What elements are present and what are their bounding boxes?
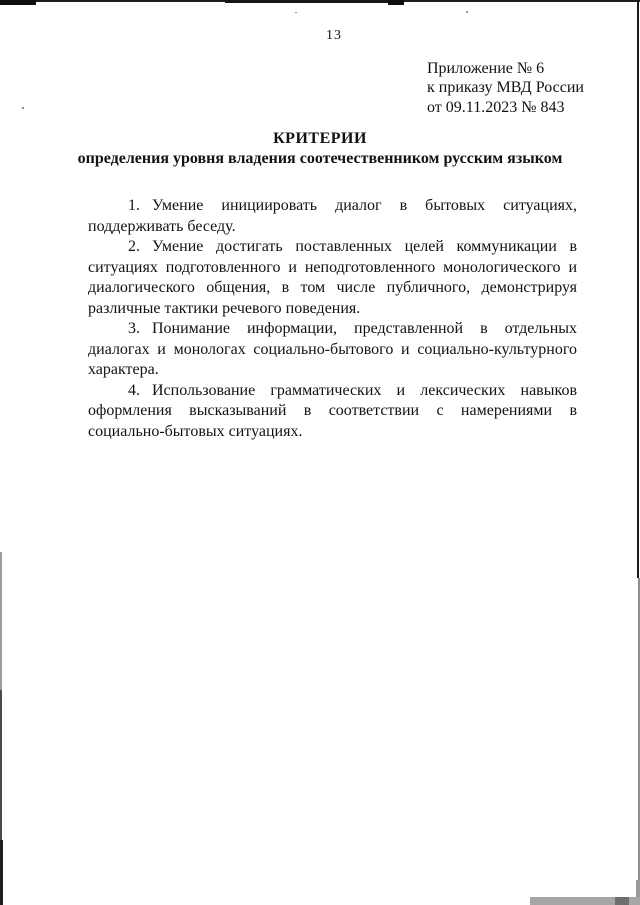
title-block: КРИТЕРИИ определения уровня владения соо… [0,129,640,168]
item-2-text: Умение достигать поставленных целей комм… [88,238,577,317]
appendix-line-3: от 09.11.2023 № 843 [427,98,584,117]
scan-artifact-top-edge-segment [388,0,404,5]
scan-artifact-bottom-right-dark [615,897,629,905]
scan-artifact-bottom-right-bar [530,897,640,905]
item-1-text: Умение инициировать диалог в бытовых сит… [88,197,577,235]
scan-artifact-top-edge-segment [0,0,36,5]
item-3-text: Понимание информации, представленной в о… [88,320,577,378]
document-page: 13 Приложение № 6 к приказу МВД России о… [0,0,640,905]
criteria-list: 1.Умение инициировать диалог в бытовых с… [88,196,577,442]
list-item-2: 2.Умение достигать поставленных целей ко… [88,237,577,319]
appendix-line-2: к приказу МВД России [427,78,584,97]
scan-artifact-top-edge-segment [225,0,403,3]
scan-artifact-left-edge [0,552,2,905]
list-item-3: 3.Понимание информации, представленной в… [88,319,577,381]
scan-artifact-left-edge-darker [0,840,3,905]
item-4-text: Использование грамматических и лексическ… [88,382,577,440]
scan-artifact-right-edge [637,0,639,578]
document-subtitle: определения уровня владения соотечествен… [0,149,640,169]
list-item-1: 1.Умение инициировать диалог в бытовых с… [88,196,577,237]
scan-artifact-top-edge [0,0,640,2]
item-3-number: 3. [128,320,140,337]
scan-speck [295,12,297,13]
list-item-4: 4.Использование грамматических и лексиче… [88,381,577,443]
page-number: 13 [326,28,342,44]
document-title: КРИТЕРИИ [0,129,640,149]
appendix-block: Приложение № 6 к приказу МВД России от 0… [427,59,584,117]
scan-artifact-right-edge-bottom [636,880,640,905]
appendix-line-1: Приложение № 6 [427,59,584,78]
item-2-number: 2. [128,238,140,255]
scan-speck [22,107,24,109]
item-1-number: 1. [128,197,140,214]
item-4-number: 4. [128,382,140,399]
scan-speck [466,11,468,13]
scan-artifact-left-edge-dark [0,690,2,840]
